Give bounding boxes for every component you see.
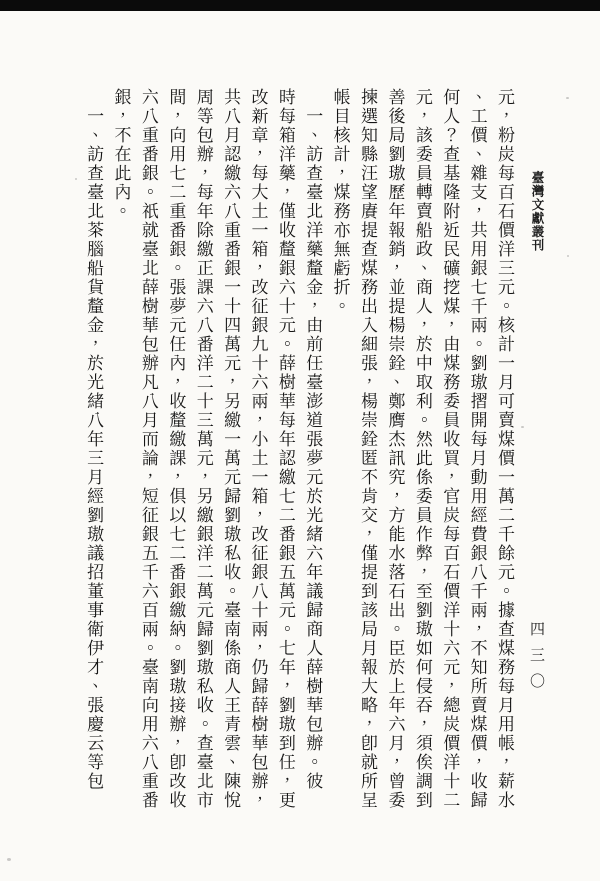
text-column-16: 一、訪查臺北茶腦船貨釐金，於光緒八年三月經劉璈議招董事衛伊才、張慶云等包 [79, 88, 106, 791]
text-column-14: 六八重番銀。祇就臺北薛樹華包辦凡八月而論，短征銀五千六百兩。臺南向用六八重番 [134, 88, 161, 810]
page: { "journal": { "title": "臺灣文獻叢刊", "page_… [0, 0, 600, 881]
text-column-09: 時每箱洋藥，僅收釐銀六十元。薛樹華每年認繳七二番銀五萬元。七年，劉璈到任，更 [270, 88, 297, 810]
text-column-15: 銀，不在此內。 [106, 88, 133, 221]
text-column-11: 共八月認繳六八重番銀一十四萬元，另繳一萬元歸劉璈私收。臺南係商人王青雲、陳悅 [216, 88, 243, 810]
journal-title: 臺灣文獻叢刊 [528, 171, 546, 252]
text-column-10: 改新章，每大土一箱，改征銀九十六兩，小土一箱，改征銀八十兩，仍歸薛樹華包辦， [243, 88, 270, 810]
text-column-07: 帳目核計，煤務亦無虧折。 [325, 88, 352, 316]
text-column-03: 何人？查基隆附近民礦挖煤，由煤務委員收買，官炭每百石價洋十六元，總炭價洋十二 [435, 88, 462, 810]
text-column-01: 元，粉炭每百石價洋三元。核計一月可賣煤價一萬二千餘元。據查煤務每月用帳，薪水 [490, 88, 517, 810]
page-number: 四三〇 [527, 621, 548, 699]
text-column-06: 揀選知縣汪望賡提查煤務出入細張，楊崇銓匿不肯交，僅提到該局月報大略，卽就所呈 [353, 88, 380, 810]
scan-speckle [566, 97, 569, 99]
scan-speckle [567, 255, 569, 257]
scan-speckle [521, 426, 524, 428]
text-column-08: 一、訪查臺北洋藥釐金，由前任臺澎道張夢元於光緒六年議歸商人薛樹華包辦。彼 [298, 88, 325, 791]
text-column-05: 善後局劉璈歷年報銷，並提楊崇銓、鄭膺杰訊究，方能水落石出。臣於上年六月，曾委 [380, 88, 407, 810]
scan-speckle [75, 178, 77, 180]
scan-speckle [7, 858, 11, 861]
text-column-04: 元，該委員轉賣船政、商人，於中取利。然此係委員作弊，至劉璈如何侵吞，須俟調到 [407, 88, 434, 810]
scan-artifact-top-bar [0, 0, 600, 11]
text-column-13: 間，向用七二重番銀。張夢元任內，收釐繳課，俱以七二番銀繳納。劉璈接辦，卽改收 [161, 88, 188, 810]
text-block: 元，粉炭每百石價洋三元。核計一月可賣煤價一萬二千餘元。據查煤務每月用帳，薪水 、… [78, 88, 517, 820]
text-column-12: 周等包辦，每年除繳正課六八番洋二十三萬元，另繳銀洋二萬元歸劉璈私收。查臺北市 [188, 88, 215, 810]
text-column-02: 、工價、雜支，共用銀七千兩。劉璈摺開每月動用經費銀八千兩，不知所賣煤價，收歸 [462, 88, 489, 810]
